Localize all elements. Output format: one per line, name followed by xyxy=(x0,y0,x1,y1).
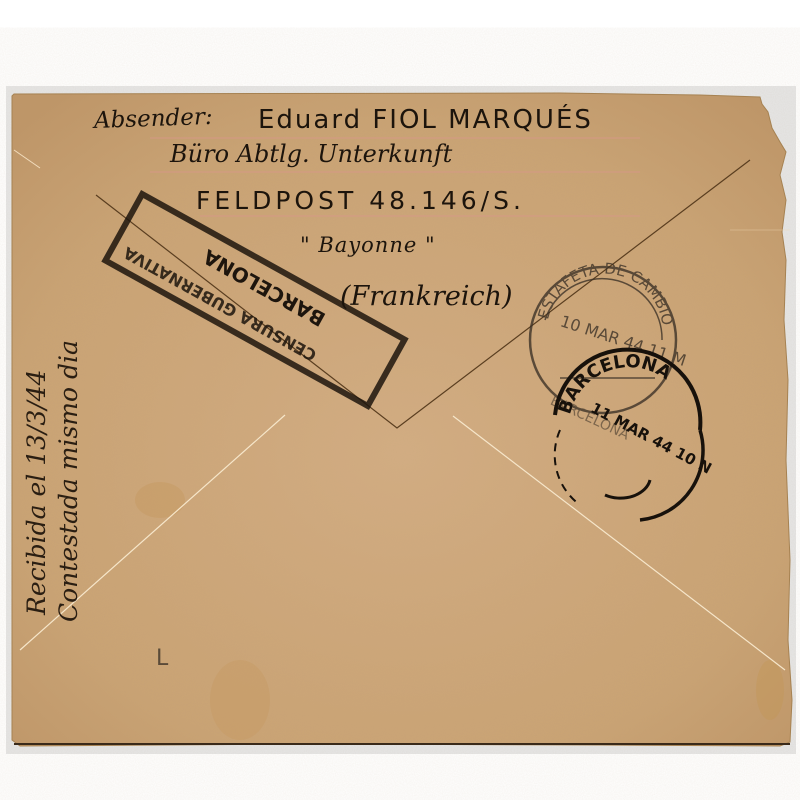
sender-city: " Bayonne " xyxy=(300,233,436,257)
sender-country: (Frankreich) xyxy=(340,281,513,312)
received-note: Recibida el 13/3/44 xyxy=(22,369,51,615)
sender-name: Eduard FIOL MARQUÉS xyxy=(258,105,593,135)
sender-department: Büro Abtlg. Unterkunft xyxy=(170,140,452,168)
answered-note: Contestada mismo dia xyxy=(54,340,83,622)
feldpost-number: FELDPOST 48.146/S. xyxy=(196,186,525,215)
pencil-mark: L xyxy=(156,646,168,671)
sender-label: Absender: xyxy=(94,104,213,134)
scene: BARCELONA CENSURA GUBERNATIVA 10 MAR 44 … xyxy=(0,0,800,800)
